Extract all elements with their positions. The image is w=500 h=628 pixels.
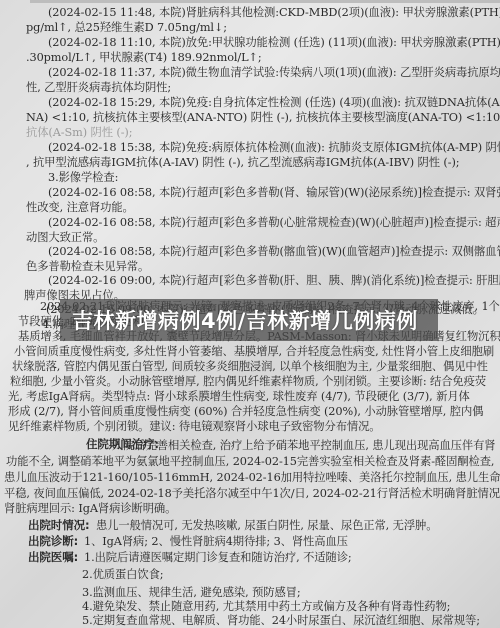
document-line: 光, 考虑IgA肾病。类型特点: 肾小球系膜增生性病变, 球性废弃 (4/7),… [8, 388, 470, 404]
order-item: 5.定期复查血常规、电解质、肾功能、24小时尿蛋白、尿沉渣红细胞、尿常规等; [82, 612, 480, 628]
document-line: NA) <1:10, 抗核抗体主要核型(ANA-NTO) 阴性 (-), 抗核抗… [26, 109, 500, 125]
document-line: 性, 乙型肝炎病毒抗体均阴性; [26, 79, 171, 95]
document-line: (2024-02-18 11:10, 本院)放免:甲状腺功能检测 (任选) (1… [48, 34, 500, 50]
treatment-line: 平稳, 夜间血压偏低, 2024-02-18予美托洛尔减至中午1次/日, 202… [4, 485, 500, 501]
discharge-status-text: 患儿一般情况可, 无发热咳嗽, 尿蛋白阴性, 尿量、尿色正常, 无浮肿。 [96, 517, 437, 533]
document-line: .30pmol/L↑, 甲状腺素(T4) 189.92nmol/L↑; [26, 49, 262, 65]
treatment-line: 患儿血压波动于121-160/105-116mmH, 2024-02-16加用特… [4, 469, 500, 485]
document-line: (2024-02-16 08:58, 本院)行超声[彩色多普勒(心脏常规检查)(… [48, 214, 500, 230]
headline-overlay-banner: 吉林新增病例4例/吉林新增几例病例 [60, 299, 438, 341]
document-line: 小管间质重度慢性病变, 多灶性肾小管萎缩、基膜增厚, 合并轻度急性病变, 灶性肾… [14, 343, 494, 359]
document-line: , 抗甲型流感病毒IGM抗体(A-IAV) 阴性 (-), 抗乙型流感病毒IGM… [26, 154, 459, 170]
document-line: 3.影像学检查: [48, 169, 118, 185]
discharge-diagnosis-label: 出院诊断: [28, 533, 78, 549]
order-item: 1.出院后请遵医嘱定期门诊复查和随访治疗, 不适随诊; [84, 549, 352, 565]
document-line: (2024-02-16 09:00, 本院)行超声[彩色多普勒(肝、胆、胰、脾)… [48, 272, 500, 288]
headline-text: 吉林新增病例4例/吉林新增几例病例 [60, 305, 418, 335]
order-item: 2.优质蛋白饮食; [82, 566, 163, 582]
document-line: (2024-02-16 08:58, 本院)行超声[彩色多普勒(髂血管)(W)(… [48, 243, 500, 259]
document-line: (2024-02-18 15:29, 本院)免疫:自身抗体定性检测 (任选) (… [48, 94, 500, 110]
document-line: (2024-02-16 08:58, 本院)行超声[彩色多普勒(肾、输尿管)(W… [48, 184, 500, 200]
document-line: 见纤维素样物质, 个别闭锁。建议: 待电镜观察肾小球电子致密物分布情况。 [8, 418, 380, 434]
document-line: 抗体(A-Sm) 阴性 (-); [26, 124, 132, 140]
discharge-orders-label: 出院医嘱: [28, 549, 78, 565]
document-line: (2024-02-18 11:37, 本院)微生物血清学试验:传染病八项(1项)… [48, 64, 500, 80]
document-line: (2024-02-15 11:48, 本院)肾脏病科其他检测:CKD-MBD(2… [48, 4, 500, 20]
discharge-diagnosis-text: 1、IgA肾病; 2、慢性肾脏病4期待排; 3、肾性高血压 [84, 533, 348, 549]
treatment-line: 入院后完善相关检查, 治疗上给予硝苯地平控制血压, 患儿现出现高血压伴有肾 [112, 437, 495, 453]
discharge-status-label: 出院时情况: [28, 517, 90, 533]
treatment-line: 肾脏病理回示: IgA肾病诊断明确。 [4, 500, 176, 516]
document-line: pg/ml↑, 总25羟维生素D 7.05ng/ml↓; [26, 19, 227, 35]
document-line: 粒细胞, 少量小管炎。小动脉管壁增厚, 腔内偶见纤维素样物质, 个别闭锁。主要诊… [10, 373, 486, 389]
document-line: 性改变, 注意肾功能。 [26, 199, 134, 215]
document-line: 形成 (2/7), 肾小管间质重度慢性病变 (60%) 合并轻度急性病变 (20… [8, 403, 483, 419]
treatment-line: 功能不全, 调整硝苯地平为氨氯地平控制血压, 2024-02-15完善实验室相关… [6, 453, 494, 469]
document-line: 状缘脱落, 管腔内偶见蛋白管型, 间质较多炎细胞浸润, 以单个核细胞为主, 少量… [12, 358, 488, 374]
document-line: (2024-02-18 15:38, 本院)免疫:病原体抗体检测(血液): 抗肺… [48, 139, 500, 155]
